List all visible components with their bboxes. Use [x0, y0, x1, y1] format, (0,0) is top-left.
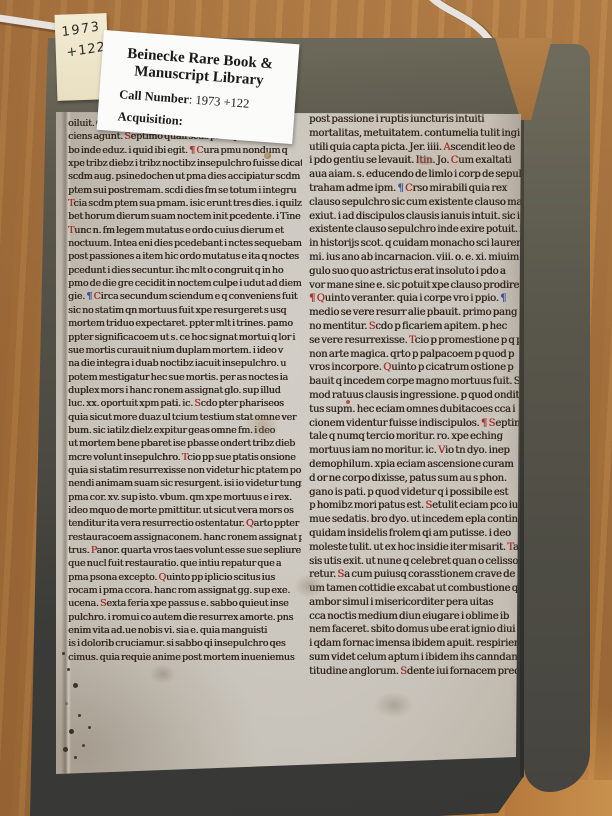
manuscript-text-line: mcre volunt insepulchro. Tcio pp sue pta…: [68, 452, 302, 465]
handwritten-call-number: 1973 +122: [61, 20, 106, 61]
manuscript-text-line: tus supm. hec eciam omnes dubitacoes cca…: [309, 404, 522, 418]
manuscript-text-line: bet horum dierum suam noctem init pceden…: [68, 211, 302, 224]
stain: [374, 692, 414, 718]
manuscript-text-line: gano is pati. p quod videtur q i possibi…: [309, 487, 522, 501]
manuscript-text-line: Tcia scdm ptem sua pmam. isic erunt tres…: [68, 198, 302, 211]
manuscript-column-left: oiluit. Quinto ips q icluuit. Sexto i ic…: [68, 118, 302, 670]
red-ink-spot: [346, 400, 350, 404]
manuscript-text-line: bauit q incedem corpe magno mortuus fuit…: [309, 376, 522, 390]
manuscript-text-line: d or ne corpo dixisse, patus sum au s ph…: [309, 473, 522, 487]
stain: [416, 156, 434, 165]
manuscript-text-line: traham adme ipm. ¶ Crso mirabili quia re…: [309, 183, 522, 197]
slip-line-2: +122: [66, 41, 106, 60]
manuscript-text-line: enim vita ad.ue nobis vi. sia e. quia ma…: [68, 625, 302, 638]
manuscript-text-line: noctuum. Intea eni dies pcedebant i ncte…: [68, 238, 302, 251]
manuscript-text-line: scdm aug. psinedochen ut pma dies accipi…: [68, 171, 302, 184]
manuscript-text-line: tenditur ita vera resurrectio ostentatur…: [68, 518, 302, 531]
manuscript-text-line: medio se vere resurr alie pbauit. primo …: [309, 307, 522, 321]
manuscript-page: oiluit. Quinto ips q icluuit. Sexto i ic…: [54, 104, 524, 776]
manuscript-text-line: non arte magica. qrto p palpacoem p quod…: [309, 349, 522, 363]
manuscript-text-line: pulchro. i romui co autem die resurrex a…: [68, 612, 302, 625]
manuscript-text-line: nendi animam suam sic resurgent. isi io …: [68, 478, 302, 491]
manuscript-text-line: titudine anglorum. Sdente iui fornacem p…: [309, 666, 522, 680]
manuscript-text-line: post passiones a item hic ordo mutatus e…: [68, 251, 302, 264]
call-number-label: Call Number: [119, 87, 190, 106]
manuscript-text-line: vor mane sine e. sic potuit xpe clauso p…: [309, 280, 522, 294]
manuscript-text-line: xpe tribz diebz i tribz noctibz insepulc…: [68, 158, 302, 171]
manuscript-text-line: luc. xx. oportuit xpm pati. ic. Scdo pte…: [68, 398, 302, 411]
manuscript-text-line: mi. ius ano ab incarnacion. viii. o. e. …: [309, 252, 522, 266]
manuscript-text-line: ideo mquo de morte pmittitur. ut sicut v…: [68, 505, 302, 518]
manuscript-text-line: i qdam fornac imensa ibidem apuit. respi…: [309, 638, 522, 652]
manuscript-text-line: Tunc n. fm legem mutatus e ordo cuius di…: [68, 225, 302, 238]
manuscript-text-line: tale q numq tercio moritur. ro. xpe echi…: [309, 431, 522, 445]
acquisition-label: Acquisition:: [117, 109, 183, 128]
manuscript-text-line: sic no statim qn mortuus fuit xpe resurg…: [68, 305, 302, 318]
manuscript-text-line: gulo suo quo astrictus erat insoluto i p…: [309, 266, 522, 280]
manuscript-text-line: cca noctis medium diun eiugare i oblime …: [309, 611, 522, 625]
manuscript-text-line: ¶ Quinto veranter. quia i corpe vro i pp…: [309, 293, 522, 307]
manuscript-text-line: mue sedatis. bro dyo. ut incedem epla co…: [309, 514, 522, 528]
manuscript-text-line: pmo de die gre cecidit in noctem culpe i…: [68, 278, 302, 291]
manuscript-text-line: um tamen cottidie excabat ut combustione…: [309, 583, 522, 597]
manuscript-text-line: clauso sepulchro sic cum existente claus…: [309, 197, 522, 211]
manuscript-text-line: moleste tulit. ut ex hoc insidie iter mi…: [309, 542, 522, 556]
manuscript-text-line: aua aiam. s. educendo de limlo i corp de…: [309, 169, 522, 183]
manuscript-text-line: gie. ¶ Circa secundum sciendum e q conve…: [68, 291, 302, 304]
manuscript-text-line: pcedunt i dies secuntur. ihc mlt o congr…: [68, 265, 302, 278]
manuscript-text-line: vros incorpore. Quinto p cicatrum ostion…: [309, 362, 522, 376]
manuscript-text-line: nem faceret. sbito domus ube erat ignio …: [309, 624, 522, 638]
manuscript-text-line: ambor simul i misericorditer pera uitas: [309, 597, 522, 611]
library-label-card: Beinecke Rare Book & Manuscript Library …: [97, 30, 300, 144]
manuscript-text-line: utili quia capta picta. Jer. iiii. Ascen…: [309, 142, 522, 156]
manuscript-text-line: ucena. Sexta feria xpe passus e. sabbo q…: [68, 598, 302, 611]
manuscript-text-line: sue mortis curauit nium duplam mortem. i…: [68, 345, 302, 358]
manuscript-text-line: cimus. quia requie anime post mortem inu…: [68, 652, 302, 665]
slip-line-1: 1973: [61, 20, 104, 40]
manuscript-text-line: restauracoem assignaconem. hanc ronem as…: [68, 532, 302, 545]
manuscript-text-line: post passione i ruptis iuncturis intuiti: [309, 114, 522, 128]
manuscript-text-line: trus. Panor. quarta vros taes volunt ess…: [68, 545, 302, 558]
wormhole: [264, 152, 271, 159]
manuscript-text-line: existente clauso sepulchro inde exire po…: [309, 224, 522, 238]
stain: [150, 664, 176, 684]
ink-specks: [62, 652, 65, 655]
manuscript-text-line: rocam i pma ccora. hanc rom assignat gg.…: [68, 585, 302, 598]
manuscript-text-line: retur. Sa cum puiusq corasstionem crave …: [309, 569, 522, 583]
manuscript-text-line: cionem videntur fuisse indiscipulos. ¶ S…: [309, 418, 522, 432]
manuscript-text-line: que nucl fuit restauratio. que intiu rep…: [68, 558, 302, 571]
manuscript-text-line: ptem sui postremam. scdi dies fm se totu…: [68, 185, 302, 198]
manuscript-text-line: quia si statim resurrexisse non videtur …: [68, 465, 302, 478]
manuscript-text-line: i pdo gentiu se levauit. Itin. Jo. Cum e…: [309, 155, 522, 169]
manuscript-text-line: na die integra i duab noctibz iacuit ins…: [68, 358, 302, 371]
manuscript-text-line: sum videt celum aptum i ibidem ihs cannd…: [309, 652, 522, 666]
call-number-value: : 1973 +122: [188, 92, 249, 110]
manuscript-text-line: duplex mors i hanc ronem assignat glo. s…: [68, 385, 302, 398]
manuscript-text-line: in historijs scot. q cuidam monacho sci …: [309, 238, 522, 252]
manuscript-text-line: demophilum. xpia eciam ascensione curam: [309, 459, 522, 473]
acquisition-row: Acquisition:: [117, 110, 293, 136]
manuscript-text-line: sis utis exit. ut nune q celebret quan o…: [309, 556, 522, 570]
manuscript-text-line: mortuus iam no moritur. ic. Vio tn dyo. …: [309, 445, 522, 459]
stain: [244, 410, 280, 442]
manuscript-text-line: mod ratuus clausis ingressione. p quod o…: [309, 390, 522, 404]
manuscript-text-line: se vere resurrexisse. Tcio p promestione…: [309, 335, 522, 349]
manuscript-text-line: exiut. i ad discipulos clausis ianuis in…: [309, 211, 522, 225]
manuscript-text-line: quidam insidelis frolem qi am putisse. i…: [309, 528, 522, 542]
foam-seam: [520, 118, 524, 778]
manuscript-text-line: mortalitas, metuitatem. contumelia tulit…: [309, 128, 522, 142]
manuscript-text-line: p homibz mori patus est. Setulit eciam p…: [309, 500, 522, 514]
manuscript-text-line: ppter significacoem ut s. ce hoc signat …: [68, 332, 302, 345]
manuscript-text-line: pma cor. xv. sup isto. vbum. qm xpe mort…: [68, 492, 302, 505]
manuscript-text-line: potem mestigatur hec sue mortis. per as …: [68, 372, 302, 385]
manuscript-text-line: pma psona excepto. Quinto pp iplicio sci…: [68, 572, 302, 585]
manuscript-text-line: mortem triduo expectaret. ppter mlt i tr…: [68, 318, 302, 331]
stain: [294, 574, 324, 598]
foam-support-block-right: [524, 44, 590, 792]
manuscript-column-right: post passione i ruptis iuncturis intuiti…: [309, 114, 522, 684]
manuscript-text-line: is i dolorib cruciamur. si sabbo qi inse…: [68, 638, 302, 651]
manuscript-text-line: no mentitur. Scdo p ficariem apitem. p h…: [309, 321, 522, 335]
